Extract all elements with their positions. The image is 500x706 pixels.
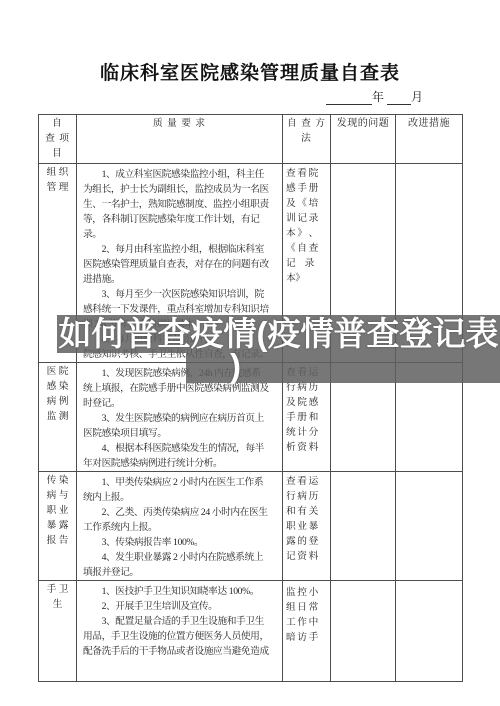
year-label: 年: [372, 90, 384, 104]
page-title: 临床科室医院感染管理质量自查表: [0, 58, 500, 85]
header-quality-column: 质 量 要 求: [77, 115, 283, 164]
row-method: 监 控 小 组 日 常 工 作 中 暗 访 手: [283, 581, 331, 682]
month-label: 月: [411, 90, 423, 104]
header-improvements-column: 改进措施: [396, 115, 463, 164]
row-requirements: 1、医技护手卫生知识知晓率达 100%。 2、开展手卫生培训及宣传。 3、配置足…: [77, 581, 283, 682]
row-method: 查 看 运 行 病 历 和 有 关 职 业 暴 露 的 登 记 资 料: [283, 472, 331, 581]
row-category: 医 院 感 染 病 例 监 测: [39, 363, 77, 472]
header-method-column: 自 查 方 法: [283, 115, 331, 164]
audit-table: 自 查 项 目 质 量 要 求 自 查 方 法 发现的问题 改进措施 组 织 管…: [38, 114, 463, 682]
header-problems-column: 发现的问题: [331, 115, 396, 164]
row-improvements: [396, 581, 463, 682]
year-blank: [326, 92, 372, 105]
header-item-column: 自 查 项 目: [39, 115, 77, 164]
row-problems: [331, 472, 396, 581]
header-row: 自 查 项 目 质 量 要 求 自 查 方 法 发现的问题 改进措施: [39, 115, 463, 164]
watermark-overlay-line1: 如何普查疫情(疫情普查登记表: [57, 315, 500, 353]
month-blank: [387, 92, 411, 105]
row-category: 传 染 病 与 职 业 暴 露 报 告: [39, 472, 77, 581]
table-row: 手 卫 生 1、医技护手卫生知识知晓率达 100%。 2、开展手卫生培训及宣传。…: [39, 581, 463, 682]
row-category: 手 卫 生: [39, 581, 77, 682]
watermark-overlay-line2: ): [186, 353, 500, 383]
table-row: 传 染 病 与 职 业 暴 露 报 告 1、甲类传染病应 2 小时内在医生工作系…: [39, 472, 463, 581]
row-problems: [331, 581, 396, 682]
row-requirements: 1、甲类传染病应 2 小时内在医生工作系 统内上报。 2、乙类、丙类传染病应 2…: [77, 472, 283, 581]
row-improvements: [396, 472, 463, 581]
date-line: 年 月: [326, 88, 423, 105]
